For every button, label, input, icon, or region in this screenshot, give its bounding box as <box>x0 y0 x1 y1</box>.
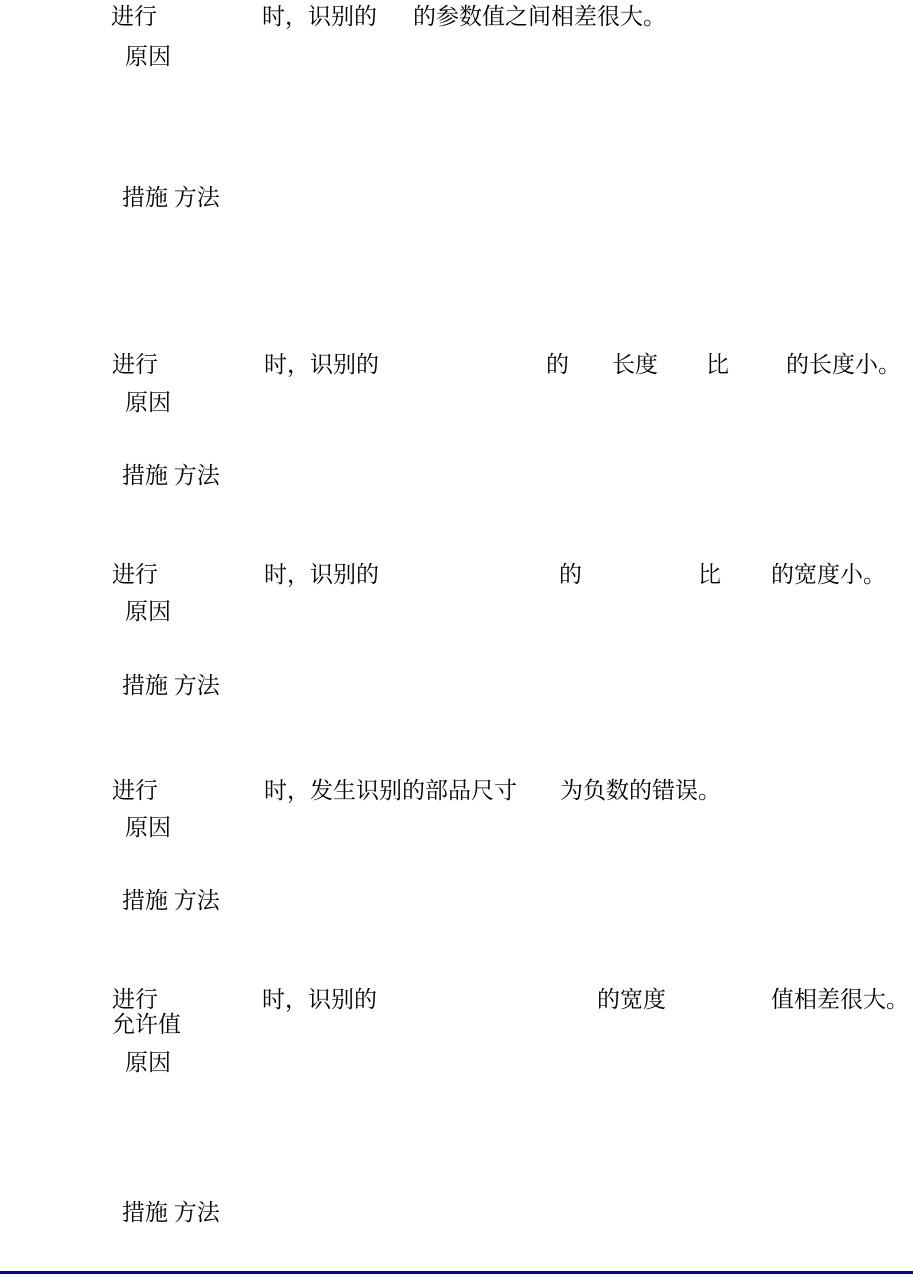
error-title-fragment: 时，发生识别的部品尺寸 <box>264 778 517 804</box>
error-title-fragment: 的 <box>546 352 569 378</box>
cause-label: 原因 <box>125 1050 171 1076</box>
error-title-fragment: 进行 <box>111 4 157 30</box>
error-title-fragment: 长度 <box>612 352 658 378</box>
error-title-fragment: 比 <box>706 352 729 378</box>
error-title-fragment: 进行 <box>112 562 158 588</box>
error-title-fragment: 进行 <box>112 778 158 804</box>
error-title-fragment: 为负数的错误。 <box>560 778 721 804</box>
error-title-fragment: 时，识别的 <box>262 987 377 1013</box>
error-title-fragment: 值相差很大。 <box>771 987 909 1013</box>
error-title-fragment: 的参数值之间相差很大。 <box>413 4 666 30</box>
error-title-fragment: 的宽度 <box>597 987 666 1013</box>
error-title-fragment: 时，识别的 <box>264 562 379 588</box>
measures-label: 措施 方法 <box>122 1200 220 1226</box>
cause-label: 原因 <box>125 599 171 625</box>
allowed-value-label: 允许值 <box>112 1012 181 1038</box>
measures-label: 措施 方法 <box>122 673 220 699</box>
error-title-fragment: 时，识别的 <box>262 4 377 30</box>
error-title-fragment: 进行 <box>112 352 158 378</box>
error-title-fragment: 的长度小。 <box>786 352 901 378</box>
error-title-fragment: 的 <box>559 562 582 588</box>
cause-label: 原因 <box>125 390 171 416</box>
error-title-fragment: 时，识别的 <box>264 352 379 378</box>
document-page: 进行 时，识别的 的参数值之间相差很大。 原因 措施 方法 进行 时，识别的 的… <box>0 0 913 1279</box>
footer-divider-line <box>0 1271 913 1274</box>
error-title-fragment: 比 <box>698 562 721 588</box>
measures-label: 措施 方法 <box>122 185 220 211</box>
error-title-fragment: 进行 <box>112 987 158 1013</box>
measures-label: 措施 方法 <box>122 888 220 914</box>
measures-label: 措施 方法 <box>122 463 220 489</box>
error-title-fragment: 的宽度小。 <box>771 562 886 588</box>
cause-label: 原因 <box>125 44 171 70</box>
cause-label: 原因 <box>125 815 171 841</box>
